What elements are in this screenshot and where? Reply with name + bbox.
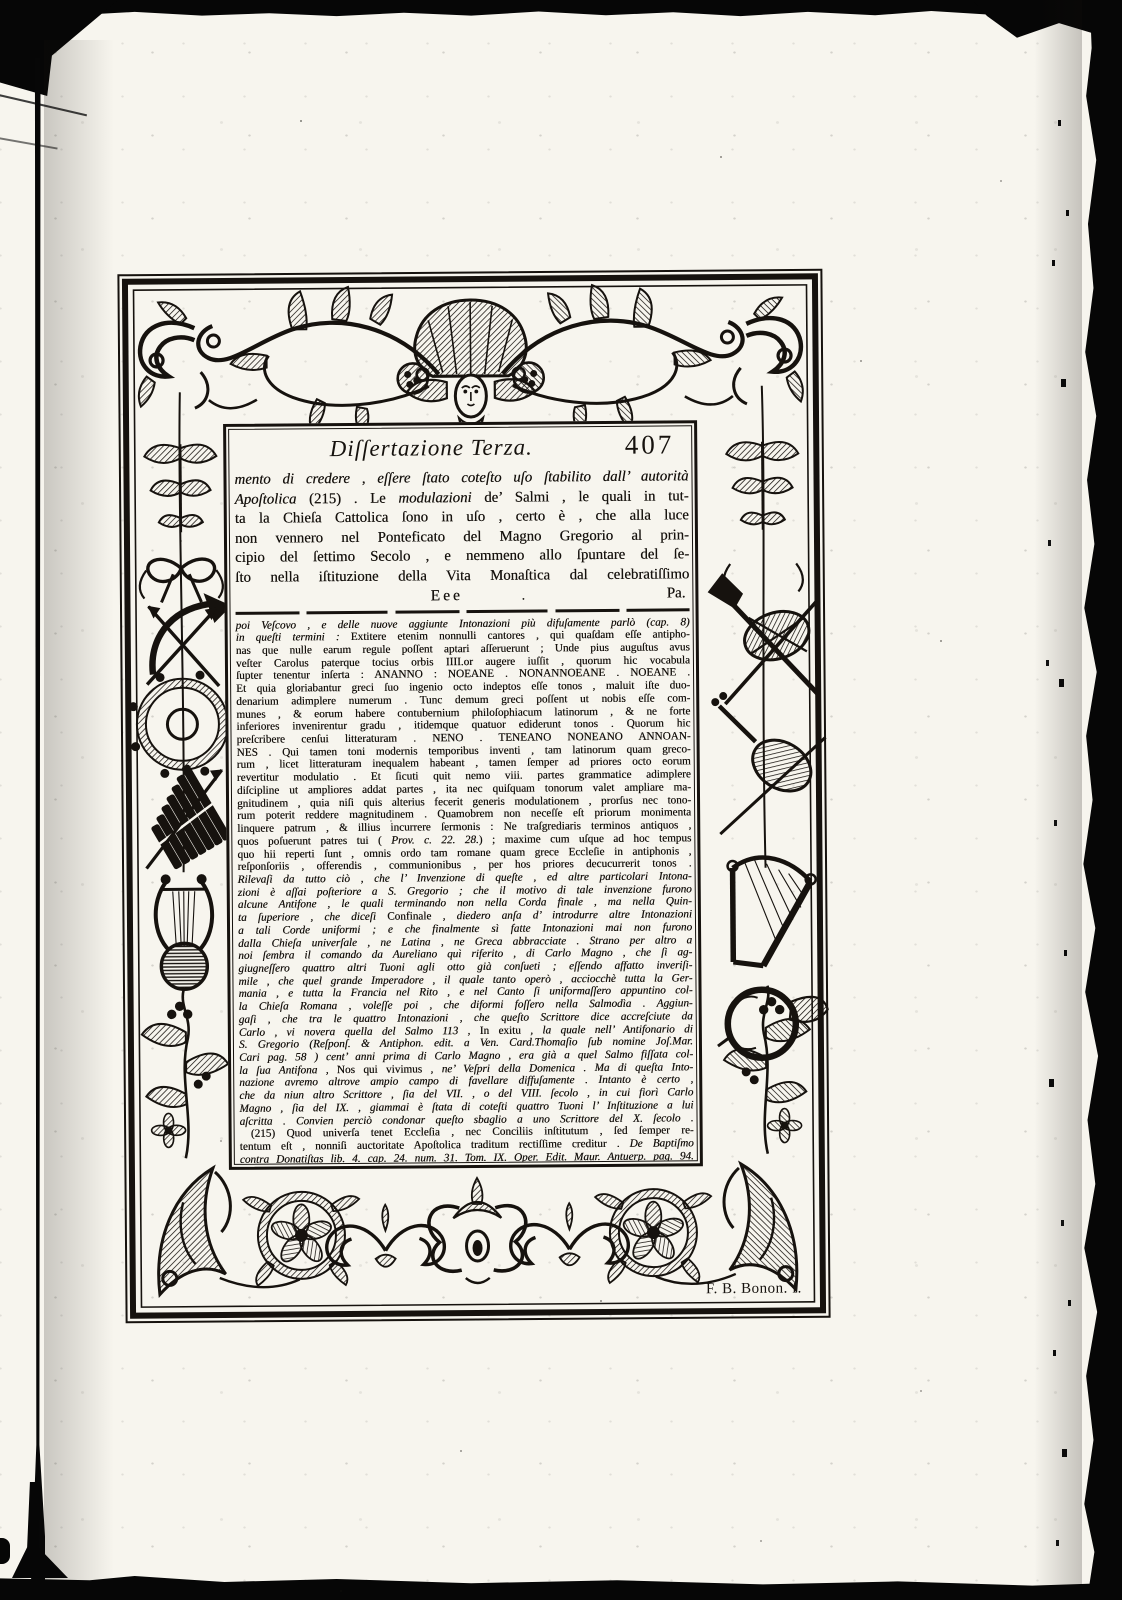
footnote-block: poi Veſcovo , e delle nuove aggiunte Int… — [236, 616, 694, 1165]
text-line: contra Donatiſtas lib. 4. cap. 24. num. … — [240, 1150, 694, 1165]
mid-dot: . — [521, 586, 525, 604]
gutter-shadow — [44, 40, 114, 1580]
scan-edge-bottom — [0, 1570, 1122, 1600]
scan-edge-right — [1076, 0, 1122, 1600]
paper-speckles — [300, 120, 302, 122]
scanned-book-page: F. B. Bonon. f. Diſſertazione Terza. 407… — [0, 0, 1122, 1600]
edge-speckles — [1058, 120, 1061, 126]
engraver-signature: F. B. Bonon. f. — [680, 1280, 828, 1298]
page-header: Diſſertazione Terza. 407 — [234, 431, 688, 468]
scan-blemish — [0, 1538, 10, 1564]
text-block-border: Diſſertazione Terza. 407 mento di creder… — [223, 420, 703, 1170]
page-number: 407 — [625, 429, 675, 460]
text-block: Diſſertazione Terza. 407 mento di creder… — [228, 425, 698, 1165]
gutter-fold-line — [31, 58, 45, 1582]
gathering-signature: Eee — [431, 587, 463, 605]
page-edge-shading — [1034, 0, 1082, 1600]
catchword: Pa. — [667, 585, 686, 602]
scan-edge-top — [0, 0, 1122, 17]
signature-catchword-row: Eee . Pa. — [235, 585, 689, 609]
main-paragraph: mento di credere , eſſere ſtato coteſto … — [234, 467, 689, 588]
page-title: Diſſertazione Terza. — [234, 434, 628, 463]
engraved-border-plate: F. B. Bonon. f. Diſſertazione Terza. 407… — [116, 267, 832, 1325]
footnote-separator-rule — [236, 608, 690, 615]
